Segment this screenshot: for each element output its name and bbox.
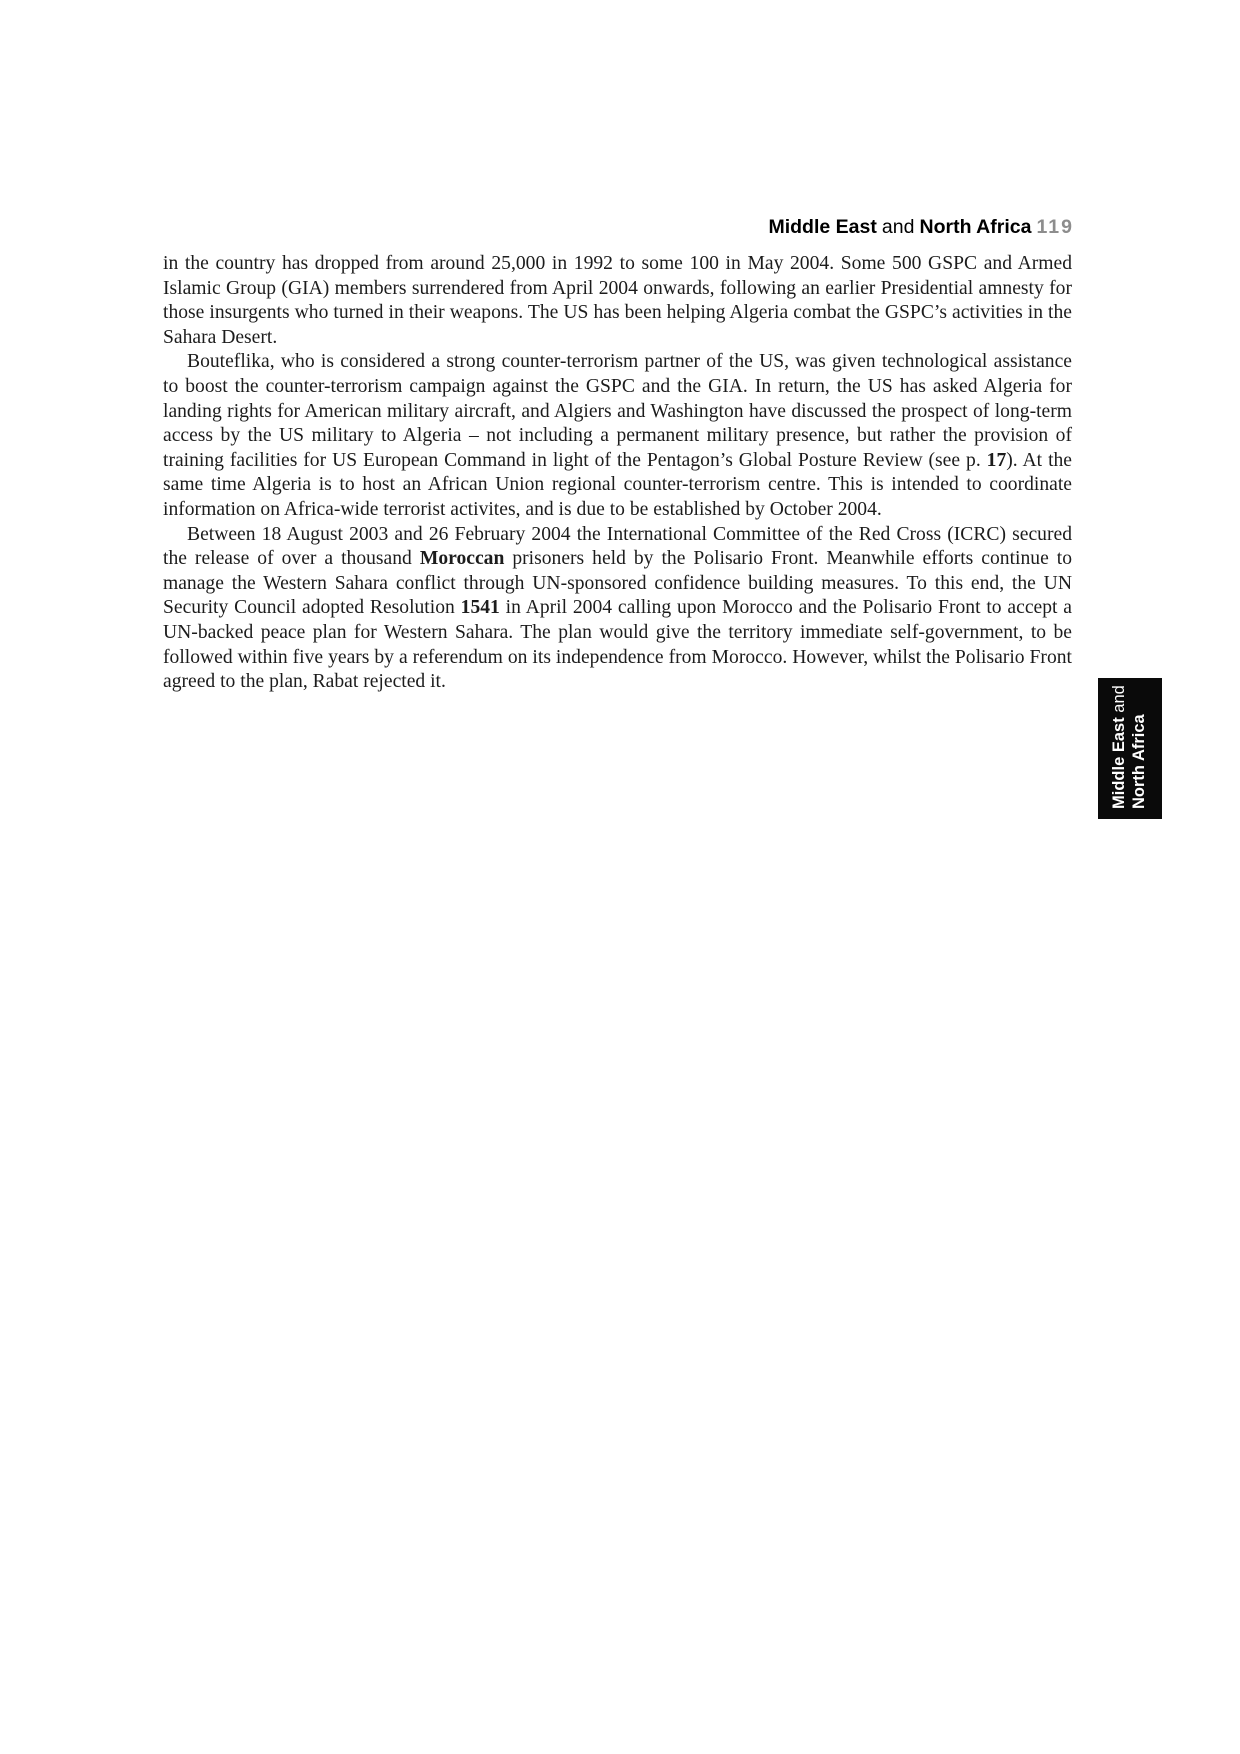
text-run: Bouteflika, who is considered a strong c… [163,351,1072,470]
bold-reference: 1541 [461,597,500,618]
text-run: in the country has dropped from around 2… [163,253,1072,348]
body-text-column: in the country has dropped from around 2… [163,252,1072,695]
section-tab-label: Middle East and North Africa [1098,678,1162,819]
page-number: 119 [1037,216,1074,238]
bold-reference: Moroccan [420,548,505,569]
section-tab: Middle East and North Africa [1098,678,1162,819]
running-header: Middle EastandNorth Africa119 [163,215,1074,240]
tab-label-line1-rest: and [1110,685,1128,717]
paragraph-1: in the country has dropped from around 2… [163,252,1072,350]
tab-label-line2: North Africa [1130,714,1148,809]
paragraph-2: Bouteflika, who is considered a strong c… [163,350,1072,522]
book-page: Middle EastandNorth Africa119 in the cou… [0,0,1240,1754]
header-region-north-africa: North Africa [920,216,1032,238]
bold-reference: 17 [987,450,1007,471]
tab-label-line1-bold: Middle East [1110,717,1128,809]
header-region-middle-east: Middle East [768,216,876,238]
header-connector: and [882,216,915,238]
paragraph-3: Between 18 August 2003 and 26 February 2… [163,523,1072,695]
